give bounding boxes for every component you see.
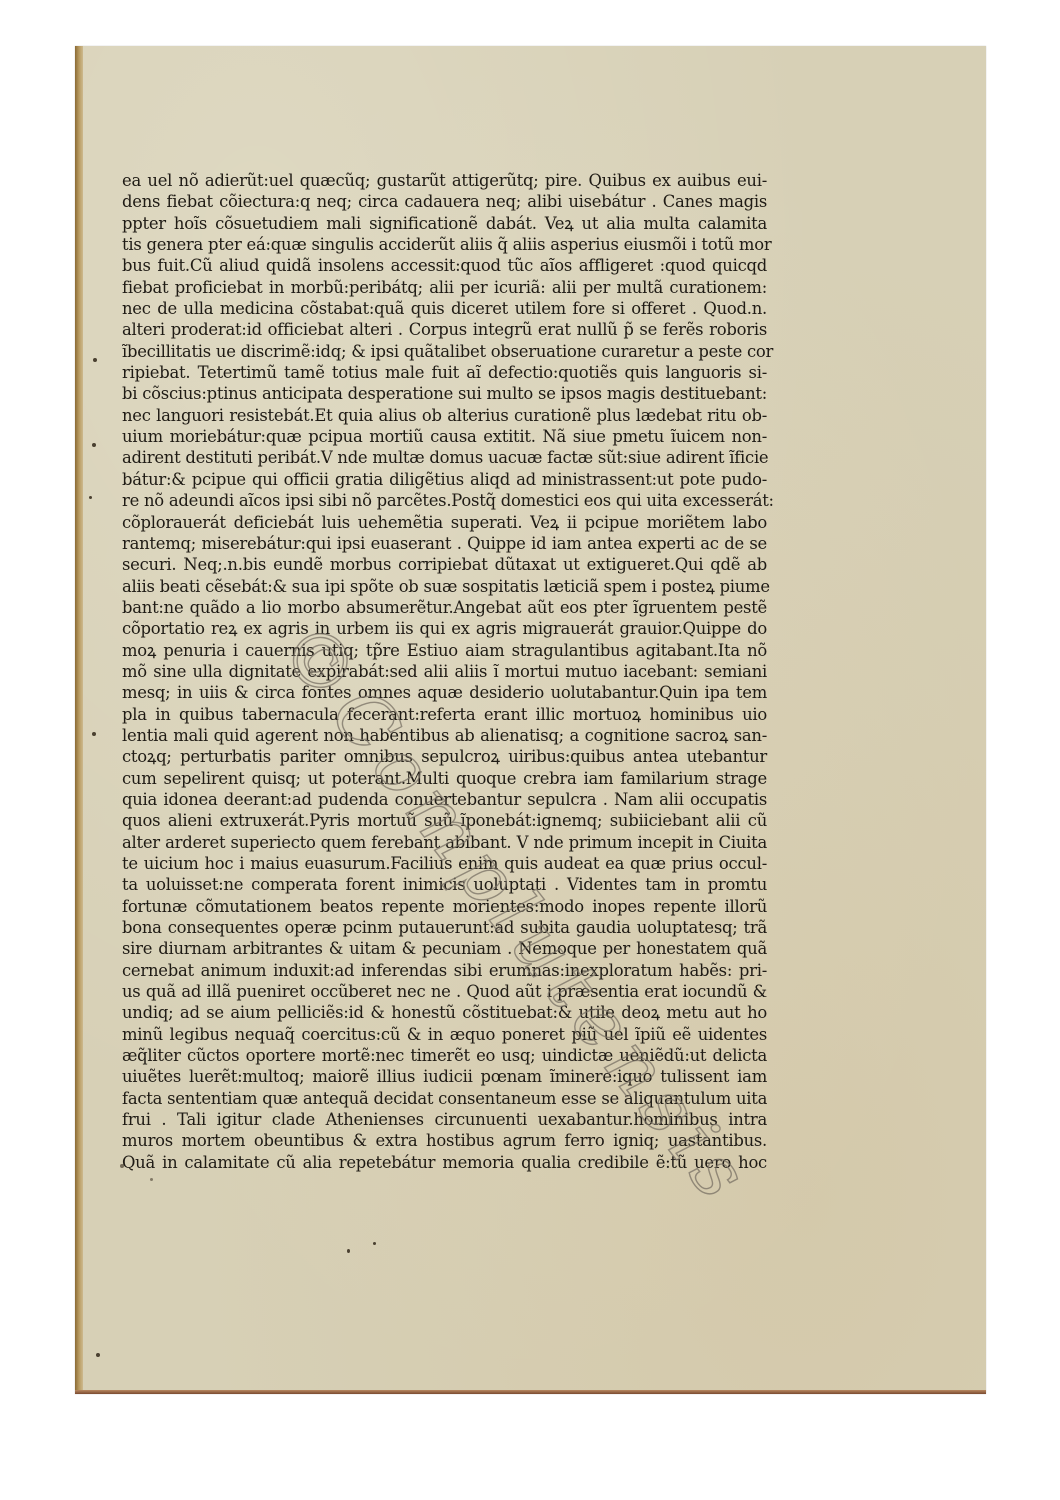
paper-speck [150, 1178, 153, 1181]
text-line: muros mortem obeuntibus & extra hostibus… [122, 1130, 767, 1151]
text-line: uiuẽtes luerẽt:multoq; maiorẽ illius iud… [122, 1066, 767, 1087]
binding-edge [75, 46, 83, 1394]
paper-speck [89, 496, 92, 499]
text-line: moꝝ penuria i cauernis utiq; tp̃re Estiu… [122, 640, 767, 661]
text-line: dens fiebat cõiectura:q neq; circa cadau… [122, 191, 767, 212]
paper-speck [96, 1353, 100, 1357]
text-line: cum sepelirent quisq; ut poterant.Multi … [122, 768, 767, 789]
text-line: minũ legibus nequaq̃ coercitus:cũ & in æ… [122, 1024, 767, 1045]
text-line: us quã ad illã pueniret occũberet nec ne… [122, 981, 767, 1002]
paper-speck [93, 358, 97, 362]
text-line: pla in quibus tabernacula fecerant:refer… [122, 704, 767, 725]
paper-speck [373, 1242, 376, 1245]
text-line: re nõ adeundi aĩcos ipsi sibi nõ parcẽte… [122, 490, 767, 511]
paper-speck [120, 1164, 124, 1168]
text-line: sire diurnam arbitrantes & uitam & pecun… [122, 938, 767, 959]
paper-speck [347, 1249, 350, 1253]
text-line: fortunæ cõmutationem beatos repente mori… [122, 896, 767, 917]
text-line: cõportatio reꝝ ex agris in urbem iis qui… [122, 618, 767, 639]
paper-speck [92, 732, 96, 736]
text-line: ta uoluisset:ne comperata forent inimici… [122, 874, 767, 895]
page-bottom-edge [75, 1390, 986, 1394]
paper-speck [92, 443, 96, 447]
text-line: tis genera pter eá:quæ singulis acciderũ… [122, 234, 767, 255]
text-line: ppter hoĩs cõsuetudiem mali significatio… [122, 213, 767, 234]
text-line: bant:ne quãdo a lio morbo absumerẽtur.An… [122, 597, 767, 618]
text-line: ea uel nõ adierũt:uel quæcũq; gustarũt a… [122, 170, 767, 191]
text-line: frui . Tali igitur clade Athenienses cir… [122, 1109, 767, 1130]
text-line: rantemq; miserebátur:qui ipsi euaserant … [122, 533, 767, 554]
text-block: ea uel nõ adierũt:uel quæcũq; gustarũt a… [122, 170, 767, 1173]
text-line: quia idonea deerant:ad pudenda conuerteb… [122, 789, 767, 810]
text-line: bona consequentes operæ pcinm putauerunt… [122, 917, 767, 938]
text-line: alteri proderat:id officiebat alteri . C… [122, 319, 767, 340]
text-line: uium moriebátur:quæ pcipua mortiũ causa … [122, 426, 767, 447]
manuscript-page: ea uel nõ adierũt:uel quæcũq; gustarũt a… [75, 46, 986, 1394]
text-line: Quã in calamitate cũ alia repetebátur me… [122, 1152, 767, 1173]
text-line: bi cõscius:ptinus anticipata desperation… [122, 383, 767, 404]
text-line: bus fuit.Cũ aliud quidã insolens accessi… [122, 255, 767, 276]
text-line: quos alieni extruxerát.Pyris mortuũ suũ … [122, 810, 767, 831]
text-line: nec languori resistebát.Et quia alius ob… [122, 405, 767, 426]
text-line: nec de ulla medicina cõstabat:quã quis d… [122, 298, 767, 319]
text-line: aliis beati cẽsebát:& sua ipi spõte ob s… [122, 576, 767, 597]
text-line: mõ sine ulla dignitate expirabát:sed ali… [122, 661, 767, 682]
text-line: ctoꝝq; perturbatis pariter omnibus sepul… [122, 746, 767, 767]
text-line: lentia mali quid agerent non habentibus … [122, 725, 767, 746]
text-line: undiq; ad se aium pelliciẽs:id & honestũ… [122, 1002, 767, 1023]
text-line: securi. Neq;.n.bis eundẽ morbus corripie… [122, 554, 767, 575]
text-line: æq̃liter cũctos oportere mortẽ:nec timer… [122, 1045, 767, 1066]
text-line: te uicium hoc i maius euasurum.Facilius … [122, 853, 767, 874]
text-line: ĩbecillitatis ue discrimẽ:idq; & ipsi qu… [122, 341, 767, 362]
text-line: bátur:& pcipue qui officii gratia diligẽ… [122, 469, 767, 490]
text-line: cernebat animum induxit:ad inferendas si… [122, 960, 767, 981]
text-line: ripiebat. Tetertimũ tamẽ totius male fui… [122, 362, 767, 383]
text-line: mesq; in uiis & circa fontes omnes aquæ … [122, 682, 767, 703]
text-line: adirent destituti peribát.V nde multæ do… [122, 447, 767, 468]
text-line: fiebat proficiebat in morbũ:peribátq; al… [122, 277, 767, 298]
text-line: cõplorauerát deficiebát luis uehemẽtia s… [122, 512, 767, 533]
text-line: facta sententiam quæ antequã decidat con… [122, 1088, 767, 1109]
text-line: alter arderet superiecto quem ferebant a… [122, 832, 767, 853]
